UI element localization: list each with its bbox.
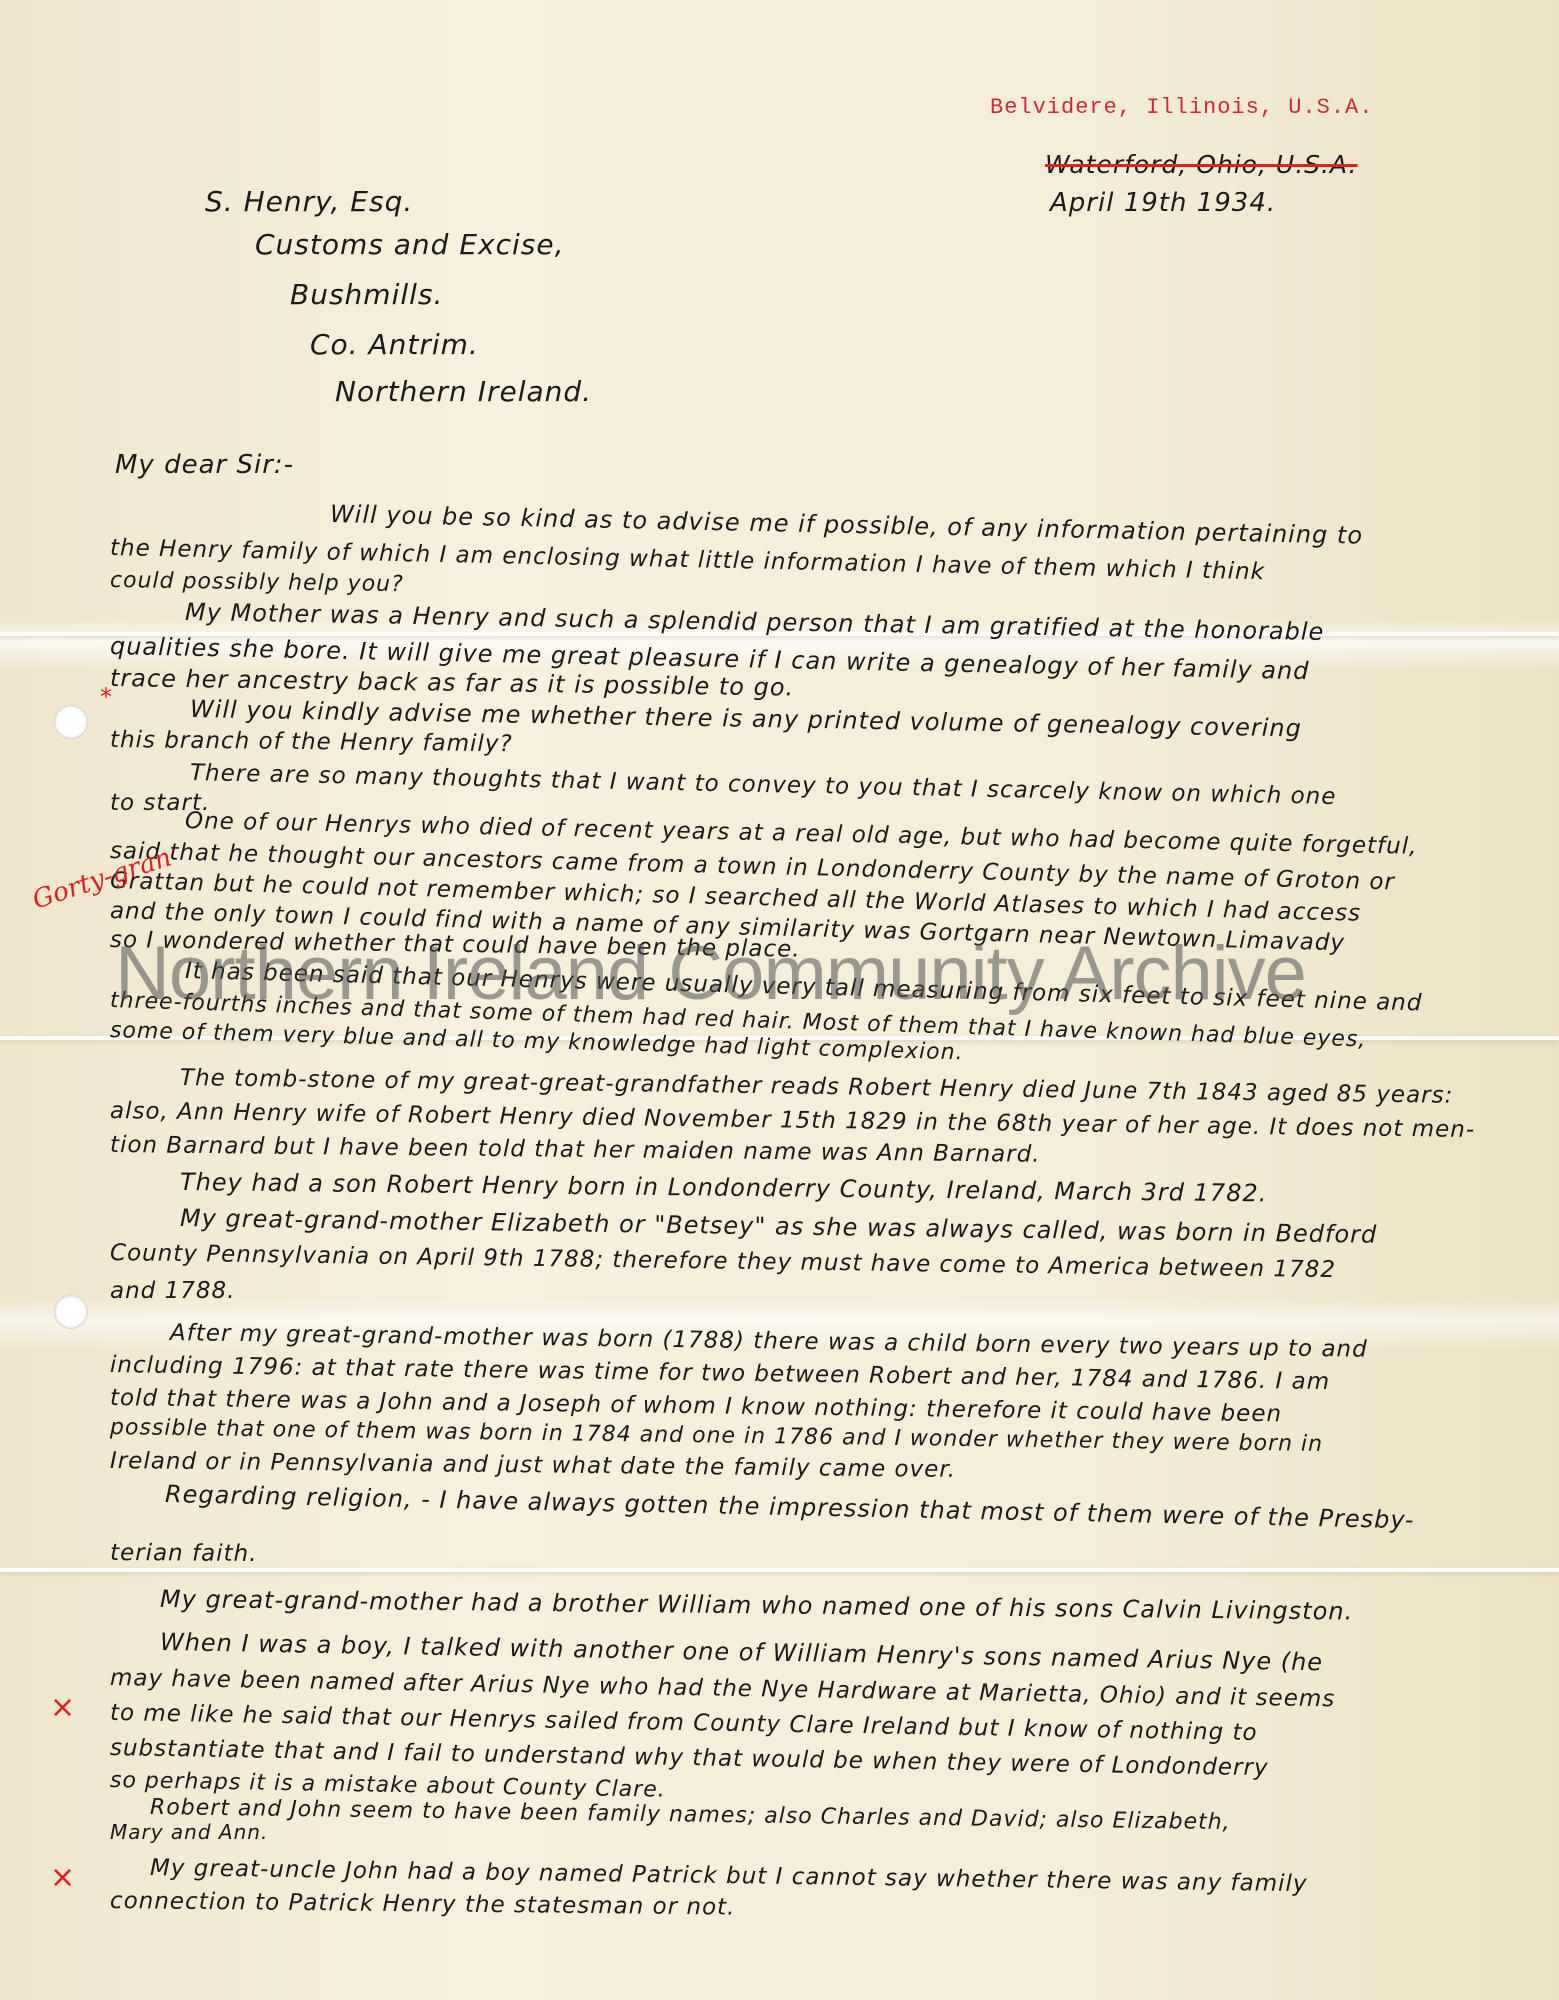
struck-address: Waterford, Ohio, U.S.A. <box>1045 150 1358 179</box>
letter-line: could possibly help you? <box>110 568 404 597</box>
watermark: Northern Ireland Community Archive <box>115 930 1306 1017</box>
letter-line: and 1788. <box>110 1278 235 1304</box>
punch-hole <box>54 1295 88 1329</box>
fold-crease <box>0 1568 1559 1572</box>
letter-line: this branch of the Henry family? <box>110 727 513 757</box>
letter-line: Mary and Ann. <box>110 1820 268 1844</box>
punch-hole <box>54 705 88 739</box>
cross-mark: × <box>50 1690 75 1725</box>
letter-date: April 19th 1934. <box>1050 188 1276 218</box>
recipient-line: Northern Ireland. <box>335 375 592 408</box>
cross-mark: × <box>50 1860 75 1895</box>
letter-line: terian faith. <box>110 1540 258 1567</box>
recipient-line: Co. Antrim. <box>310 328 479 361</box>
recipient-line: Customs and Excise, <box>255 228 565 261</box>
typed-address: Belvidere, Illinois, U.S.A. <box>990 95 1373 120</box>
recipient-line: Bushmills. <box>290 278 443 311</box>
salutation: My dear Sir:- <box>115 450 294 480</box>
recipient-line: S. Henry, Esq. <box>205 185 413 218</box>
star-mark: * <box>100 683 112 711</box>
